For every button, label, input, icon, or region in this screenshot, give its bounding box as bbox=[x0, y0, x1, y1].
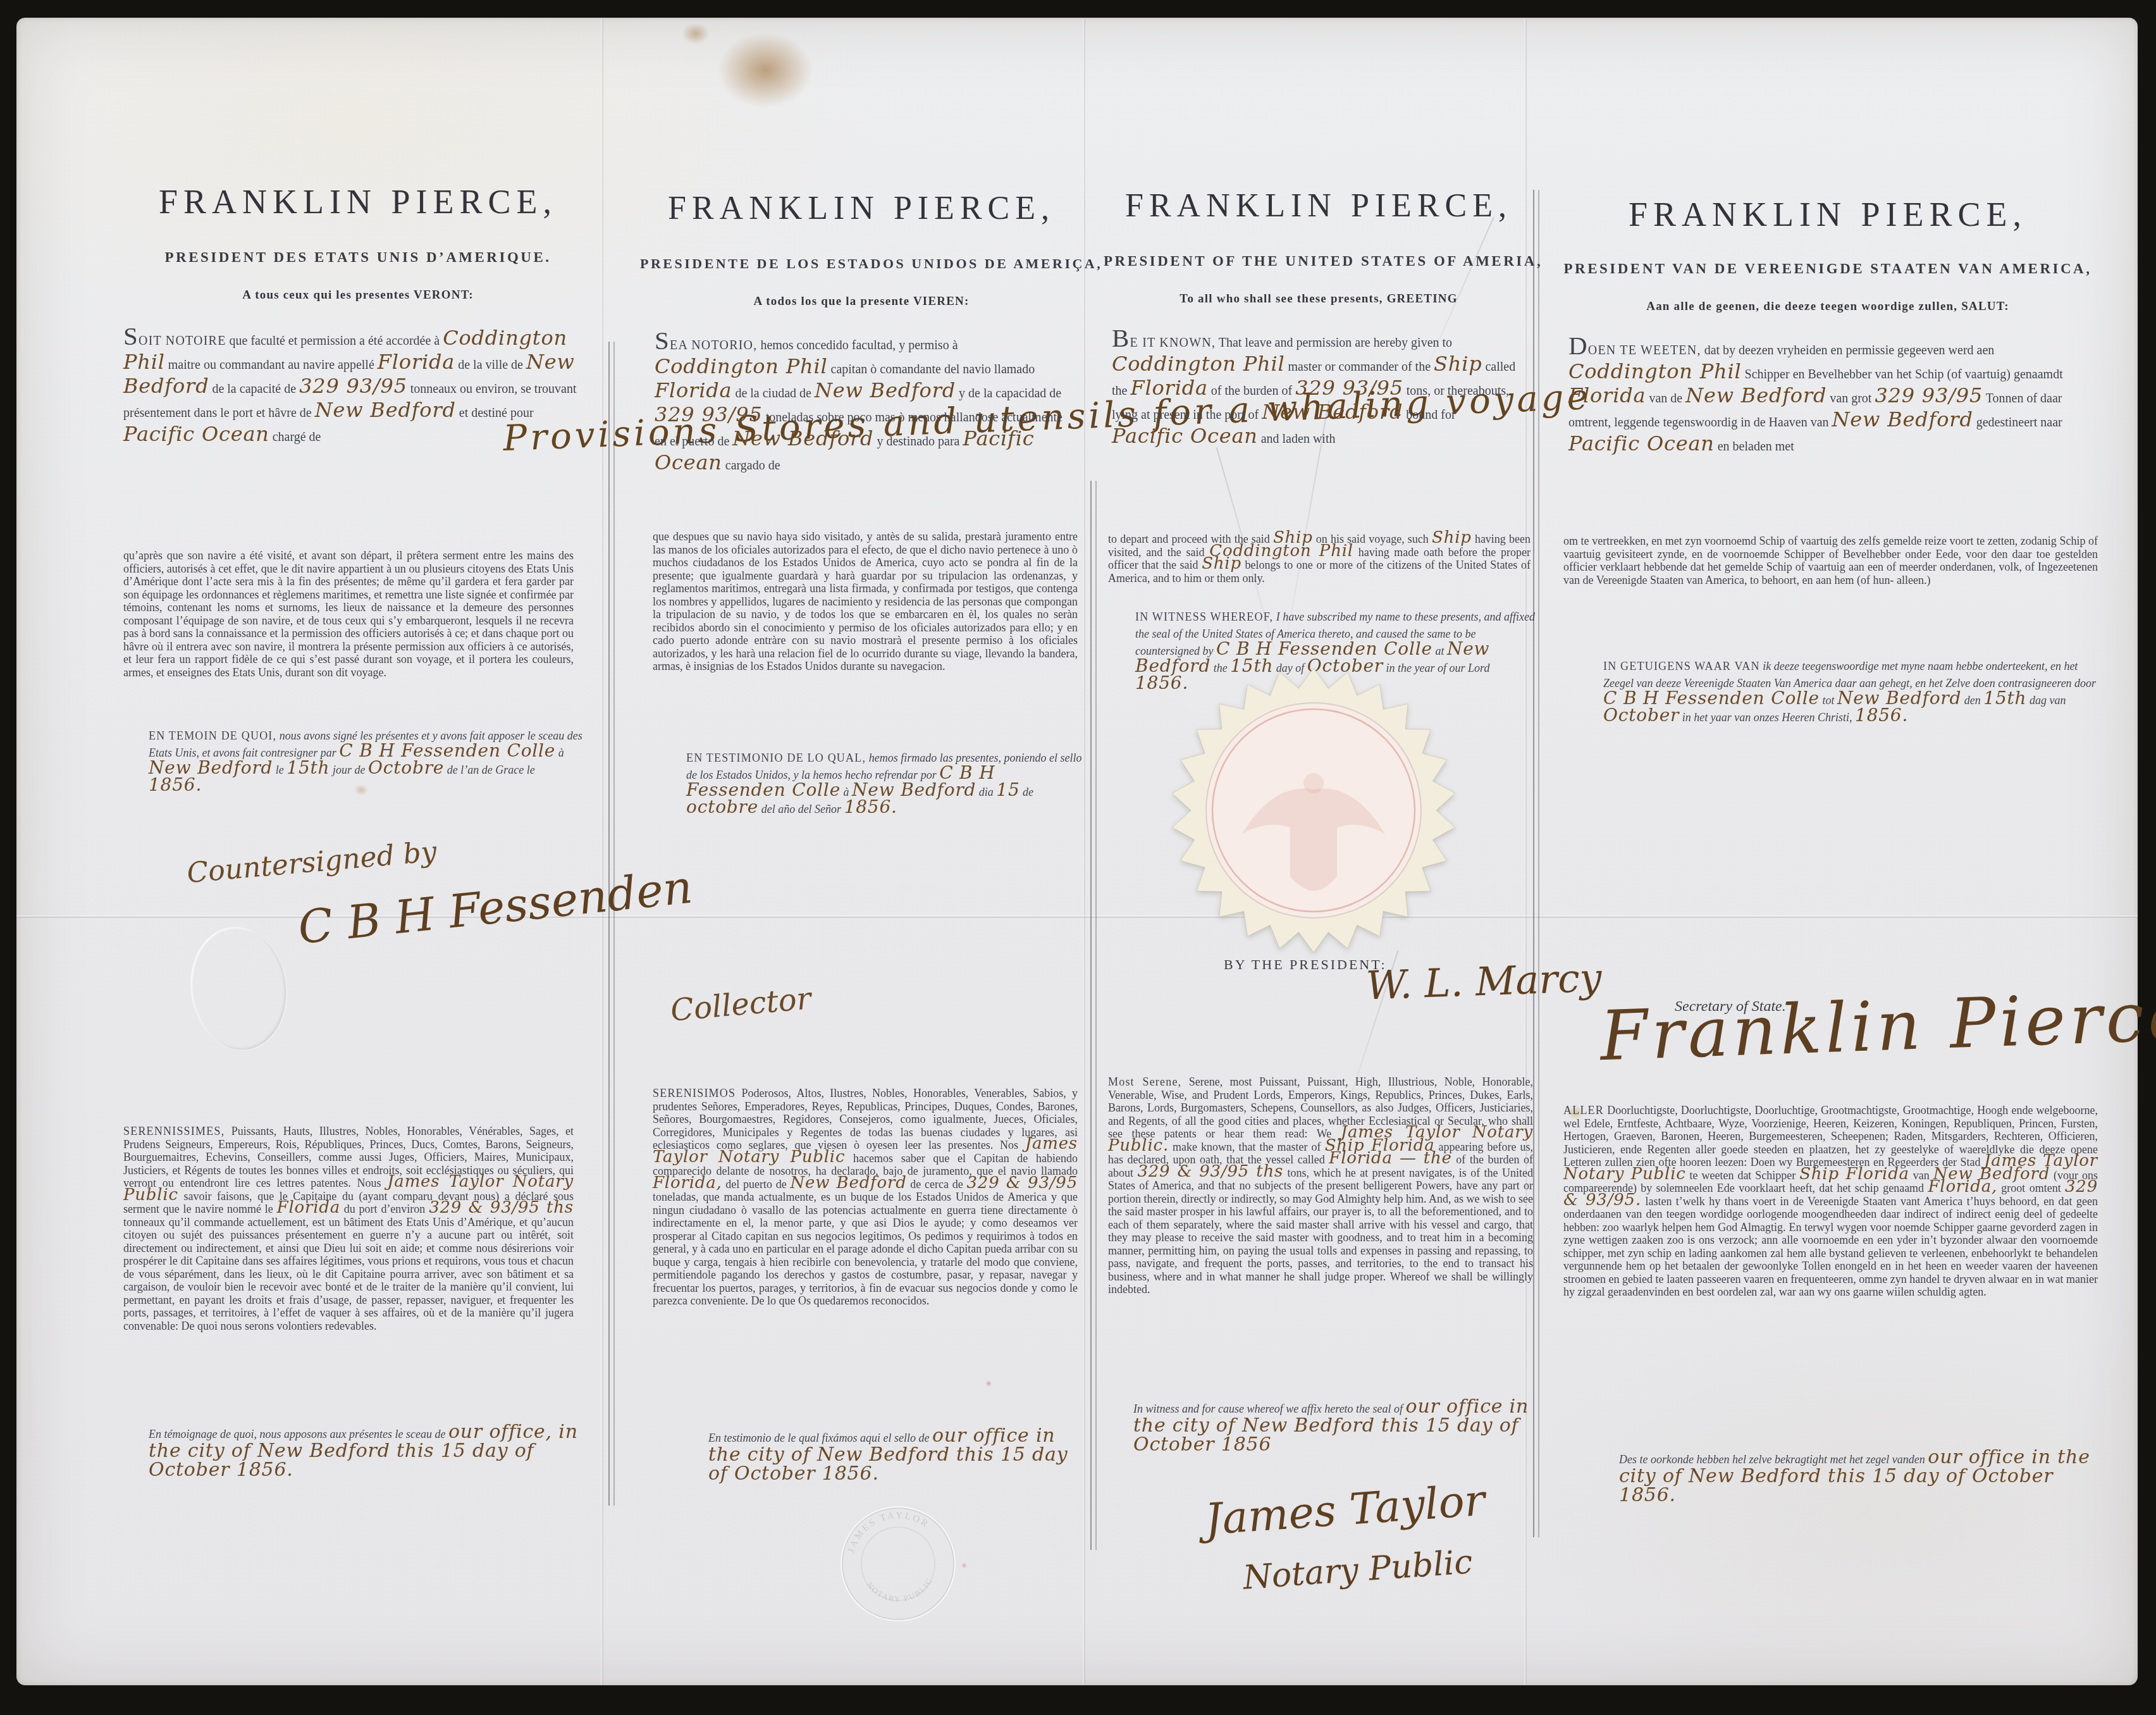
handwritten-insert: 329 & 93/95 ths bbox=[1137, 1162, 1283, 1181]
handwritten-insert: October bbox=[1603, 705, 1679, 726]
stain bbox=[682, 23, 710, 44]
printed-text: master or commander of the bbox=[1285, 360, 1434, 374]
printed-text: In witness and for cause whereof we affi… bbox=[1133, 1402, 1406, 1415]
column-french-closing: En témoignage de quoi, nous apposons aux… bbox=[149, 1425, 591, 1482]
printed-text: SEA NOTORIO, bbox=[655, 338, 757, 352]
printed-text: qu’après que son navire a été visité, et… bbox=[123, 549, 574, 679]
printed-text: En témoignage de quoi, nous apposons aux… bbox=[149, 1428, 448, 1440]
column-dutch-salutation: Aan alle de geenen, die deeze teegen woo… bbox=[1556, 300, 2100, 314]
handwritten-insert: New Bedford bbox=[815, 378, 956, 402]
printed-text: toneladas, que manda actualmente, es un … bbox=[653, 1191, 1078, 1307]
handwritten-insert: 329 93/95 bbox=[299, 374, 407, 398]
embossed-notary-seal: JAMES TAYLOR NOTARY PUBLIC bbox=[823, 1489, 973, 1638]
stain bbox=[985, 1380, 992, 1387]
column-rule bbox=[1095, 481, 1097, 1550]
handwritten-insert: 329 & 93/95 ths bbox=[429, 1198, 574, 1217]
printed-text: tonneaux qu’il commande actuellement, es… bbox=[123, 1216, 574, 1332]
printed-text: Schipper en Bevelhebber van het Schip (o… bbox=[1742, 368, 2063, 381]
printed-text: ALLER bbox=[1563, 1104, 1604, 1117]
printed-text: y de la capacidad de bbox=[956, 387, 1061, 400]
column-spanish-closing: En testimonio de le qual fixámos aqui el… bbox=[708, 1428, 1088, 1485]
handwritten-insert: Florida bbox=[277, 1198, 341, 1217]
handwritten-insert: Ship bbox=[1202, 554, 1241, 573]
column-spanish-opening: SEA NOTORIO, hemos concedido facultad, y… bbox=[655, 330, 1072, 478]
column-rule bbox=[608, 342, 610, 1506]
handwritten-insert: Florida bbox=[1130, 376, 1207, 400]
printed-text: Most Serene, bbox=[1108, 1075, 1181, 1088]
handwritten-insert: Florida — the bbox=[1329, 1149, 1452, 1168]
printed-text: de la ville de bbox=[455, 358, 526, 372]
printed-text: dag van bbox=[2026, 694, 2066, 707]
printed-text: That leave and permission are hereby giv… bbox=[1216, 336, 1452, 350]
printed-text: maitre ou commandant au navire appellé bbox=[165, 358, 378, 372]
printed-text: y destinado para bbox=[873, 435, 963, 449]
handwritten-insert: Coddington Phil bbox=[1568, 359, 1742, 383]
handwritten-insert: Ship bbox=[1434, 352, 1482, 376]
printed-text: make known, that the master of bbox=[1169, 1141, 1325, 1153]
printed-text: de l’an de Grace le bbox=[444, 764, 534, 776]
column-dutch-closing: Des te oorkonde hebben hel zelve bekragt… bbox=[1619, 1450, 2100, 1507]
handwritten-insert: Pacific Ocean bbox=[1112, 424, 1258, 448]
printed-text: à bbox=[555, 746, 564, 759]
handwritten-insert: Pacific Ocean bbox=[1568, 431, 1715, 455]
printed-text: del puerto de bbox=[722, 1178, 791, 1191]
column-english-opening: BE IT KNOWN, That leave and permission a… bbox=[1112, 328, 1529, 451]
column-french-witness: EN TEMOIN DE QUOI, nous avons signé les … bbox=[149, 727, 585, 796]
column-french-salutation: A tous ceux qui les presentes VERONT: bbox=[117, 288, 599, 302]
handwritten-insert: 15th bbox=[1983, 688, 2026, 709]
printed-text: de bbox=[1020, 786, 1034, 798]
handwritten-insert: Florida bbox=[1568, 383, 1646, 407]
column-english-closing: In witness and for cause whereof we affi… bbox=[1133, 1399, 1544, 1456]
column-spanish-title: FRANKLIN PIERCE, bbox=[640, 190, 1083, 227]
printed-text: jour de bbox=[330, 764, 368, 776]
column-dutch-subtitle: PRESIDENT VAN DE VEREENIGDE STAATEN VAN … bbox=[1556, 261, 2100, 277]
printed-text: EN TESTIMONIO DE LO QUAL, bbox=[686, 752, 866, 764]
scanned-document-page: FRANKLIN PIERCE, PRESIDENT DES ETATS UNI… bbox=[0, 0, 2156, 1715]
column-spanish-subtitle: PRESIDENTE DE LOS ESTADOS UNIDOS DE AMER… bbox=[640, 256, 1083, 272]
column-english-salutation: To all who shall see these presents, GRE… bbox=[1104, 292, 1534, 306]
handwritten-insert: 1856. bbox=[844, 796, 897, 817]
column-spanish-witness: EN TESTIMONIO DE LO QUAL, hemos firmado … bbox=[686, 750, 1083, 818]
handwritten-insert: Florida, bbox=[653, 1173, 722, 1192]
printed-text: BE IT KNOWN, bbox=[1112, 336, 1216, 350]
printed-text: DOEN TE WEETEN, bbox=[1568, 344, 1701, 357]
column-french-body: qu’après que son navire a été visité, et… bbox=[123, 549, 574, 679]
secretary-signature: W. L. Marcy bbox=[1365, 955, 1603, 1009]
printed-text: de la ciudad de bbox=[732, 387, 815, 400]
handwritten-insert: 1856. bbox=[1855, 705, 1908, 726]
printed-text: du port d’environ bbox=[340, 1203, 429, 1215]
printed-text: dat by deezen vryheiden en permissie geg… bbox=[1701, 344, 1995, 357]
handwritten-insert: Coddington Phil bbox=[655, 354, 828, 378]
handwritten-insert: Pacific Ocean bbox=[123, 422, 269, 446]
handwritten-insert: Coddington Phil bbox=[1112, 352, 1285, 376]
printed-text: que despues que su navio haya sido visit… bbox=[653, 530, 1078, 672]
printed-text: den bbox=[1961, 694, 1983, 707]
presidential-seal bbox=[1171, 668, 1456, 953]
printed-text: at bbox=[1432, 645, 1447, 657]
handwritten-insert: Ship bbox=[1432, 528, 1472, 547]
printed-text: te weeten dat Schipper bbox=[1686, 1169, 1800, 1182]
printed-text: of the burden of bbox=[1208, 384, 1295, 398]
handwritten-insert: New Bedford bbox=[315, 398, 456, 422]
column-spanish-salutation: A todos los que la presente VIEREN: bbox=[640, 295, 1083, 309]
printed-text: SERENNISSIMES, bbox=[123, 1125, 225, 1137]
handwritten-insert: 329 93/95 bbox=[655, 402, 763, 426]
printed-text: IN WITNESS WHEREOF, bbox=[1135, 610, 1273, 623]
column-dutch-title: FRANKLIN PIERCE, bbox=[1556, 195, 2100, 234]
handwritten-insert: Octobre bbox=[368, 757, 444, 778]
printed-text: lasten t’welk hy thans voert in de Veree… bbox=[1563, 1195, 2098, 1299]
printed-text: del año del Señor bbox=[758, 803, 844, 815]
svg-text:NOTARY PUBLIC: NOTARY PUBLIC bbox=[864, 1568, 938, 1611]
column-dutch-witness: IN GETUIGENS WAAR VAN ik deeze teegenswo… bbox=[1603, 658, 2097, 726]
printed-text: bound for bbox=[1403, 408, 1455, 422]
printed-text: SOIT NOTOIRE bbox=[123, 334, 226, 348]
handwritten-insert: 15th bbox=[286, 757, 330, 778]
handwritten-insert: 329 93/95 bbox=[1295, 376, 1403, 400]
by-the-president-label: BY THE PRESIDENT: bbox=[1224, 957, 1387, 973]
printed-text: hemos concedido facultad, y permiso à bbox=[757, 338, 958, 352]
handwritten-insert: Ship Florida bbox=[1799, 1165, 1909, 1184]
column-spanish-lower: SERENISIMOS Poderosos, Altos, Ilustres, … bbox=[653, 1087, 1078, 1308]
column-french-lower: SERENNISSIMES, Puissants, Hauts, Illustr… bbox=[123, 1125, 574, 1332]
printed-text: en beladen met bbox=[1715, 440, 1794, 454]
handwritten-insert: New Bedford bbox=[790, 1173, 906, 1192]
printed-text: En testimonio de le qual fixámos aqui el… bbox=[708, 1432, 932, 1444]
handwritten-insert: Florida, bbox=[1928, 1177, 1997, 1196]
column-spanish-body: que despues que su navio haya sido visit… bbox=[653, 530, 1078, 673]
printed-text: capitan ò comandante del navio llamado bbox=[828, 362, 1035, 376]
column-english-lower: Most Serene, Serene, most Puissant, Puis… bbox=[1108, 1075, 1533, 1296]
printed-text: tot bbox=[1820, 694, 1837, 707]
printed-text: and laden with bbox=[1258, 432, 1336, 446]
column-english-subtitle: PRESIDENT OF THE UNITED STATES OF AMERIA… bbox=[1104, 253, 1534, 269]
notary-seal-arc-bottom: NOTARY PUBLIC bbox=[864, 1568, 938, 1611]
handwritten-insert: 329 & 93/95 bbox=[967, 1173, 1078, 1192]
printed-text: van grot bbox=[1826, 392, 1875, 406]
printed-text: in het yaar van onzes Heeren Christi, bbox=[1679, 711, 1855, 724]
column-rule bbox=[613, 342, 615, 1506]
handwritten-insert: octobre bbox=[686, 796, 758, 817]
printed-text: cargado de bbox=[722, 459, 780, 473]
printed-text: de cerca de bbox=[907, 1178, 967, 1191]
handwritten-insert: New Bedford bbox=[1262, 400, 1403, 424]
handwritten-insert: 1856. bbox=[149, 774, 202, 795]
fold-crease-vertical bbox=[601, 19, 603, 1685]
column-english-body: to depart and proceed with the said Ship… bbox=[1108, 533, 1531, 585]
printed-text: chargé de bbox=[269, 430, 321, 444]
column-rule bbox=[1090, 481, 1092, 1550]
handwritten-insert: Florida bbox=[655, 378, 732, 402]
column-dutch-body: om te vertreekken, en met zyn voornoemd … bbox=[1563, 535, 2098, 586]
printed-text: om te vertreekken, en met zyn voornoemd … bbox=[1563, 535, 2098, 586]
printed-text: le bbox=[273, 764, 286, 776]
printed-text: SERENISIMOS bbox=[653, 1087, 736, 1099]
column-dutch-lower: ALLER Doorluchtigste, Doorluchtigste, Do… bbox=[1563, 1104, 2098, 1299]
printed-text: van de bbox=[1646, 392, 1685, 406]
printed-text: dia bbox=[976, 786, 996, 798]
column-english-title: FRANKLIN PIERCE, bbox=[1104, 187, 1534, 225]
printed-text: IN GETUIGENS WAAR VAN bbox=[1603, 660, 1760, 672]
column-french-title: FRANKLIN PIERCE, bbox=[117, 182, 599, 221]
handwritten-insert: 329 93/95 bbox=[1875, 383, 1983, 407]
column-french-subtitle: PRESIDENT DES ETATS UNIS D’AMERIQUE. bbox=[117, 249, 599, 266]
handwritten-insert: New Bedford bbox=[1832, 407, 1973, 431]
handwritten-insert: 15 bbox=[996, 779, 1019, 800]
printed-text: que faculté et permission a été accordée… bbox=[226, 334, 443, 348]
printed-text: EN TEMOIN DE QUOI, bbox=[149, 729, 276, 742]
printed-text: gedestineert naar bbox=[1973, 416, 2062, 430]
handwritten-insert: New Bedford bbox=[1685, 383, 1826, 407]
printed-text: de la capacité de bbox=[209, 382, 299, 396]
printed-text: Des te oorkonde hebben hel zelve bekragt… bbox=[1619, 1453, 1928, 1466]
stain bbox=[718, 33, 813, 108]
handwritten-insert: Florida bbox=[378, 350, 455, 374]
printed-text: groot omtent bbox=[1997, 1182, 2065, 1194]
handwritten-insert: New Bedford bbox=[732, 426, 873, 450]
printed-text: tons, which he at present navigates, is … bbox=[1108, 1167, 1533, 1296]
column-dutch-opening: DOEN TE WEETEN, dat by deezen vryheiden … bbox=[1568, 335, 2093, 459]
